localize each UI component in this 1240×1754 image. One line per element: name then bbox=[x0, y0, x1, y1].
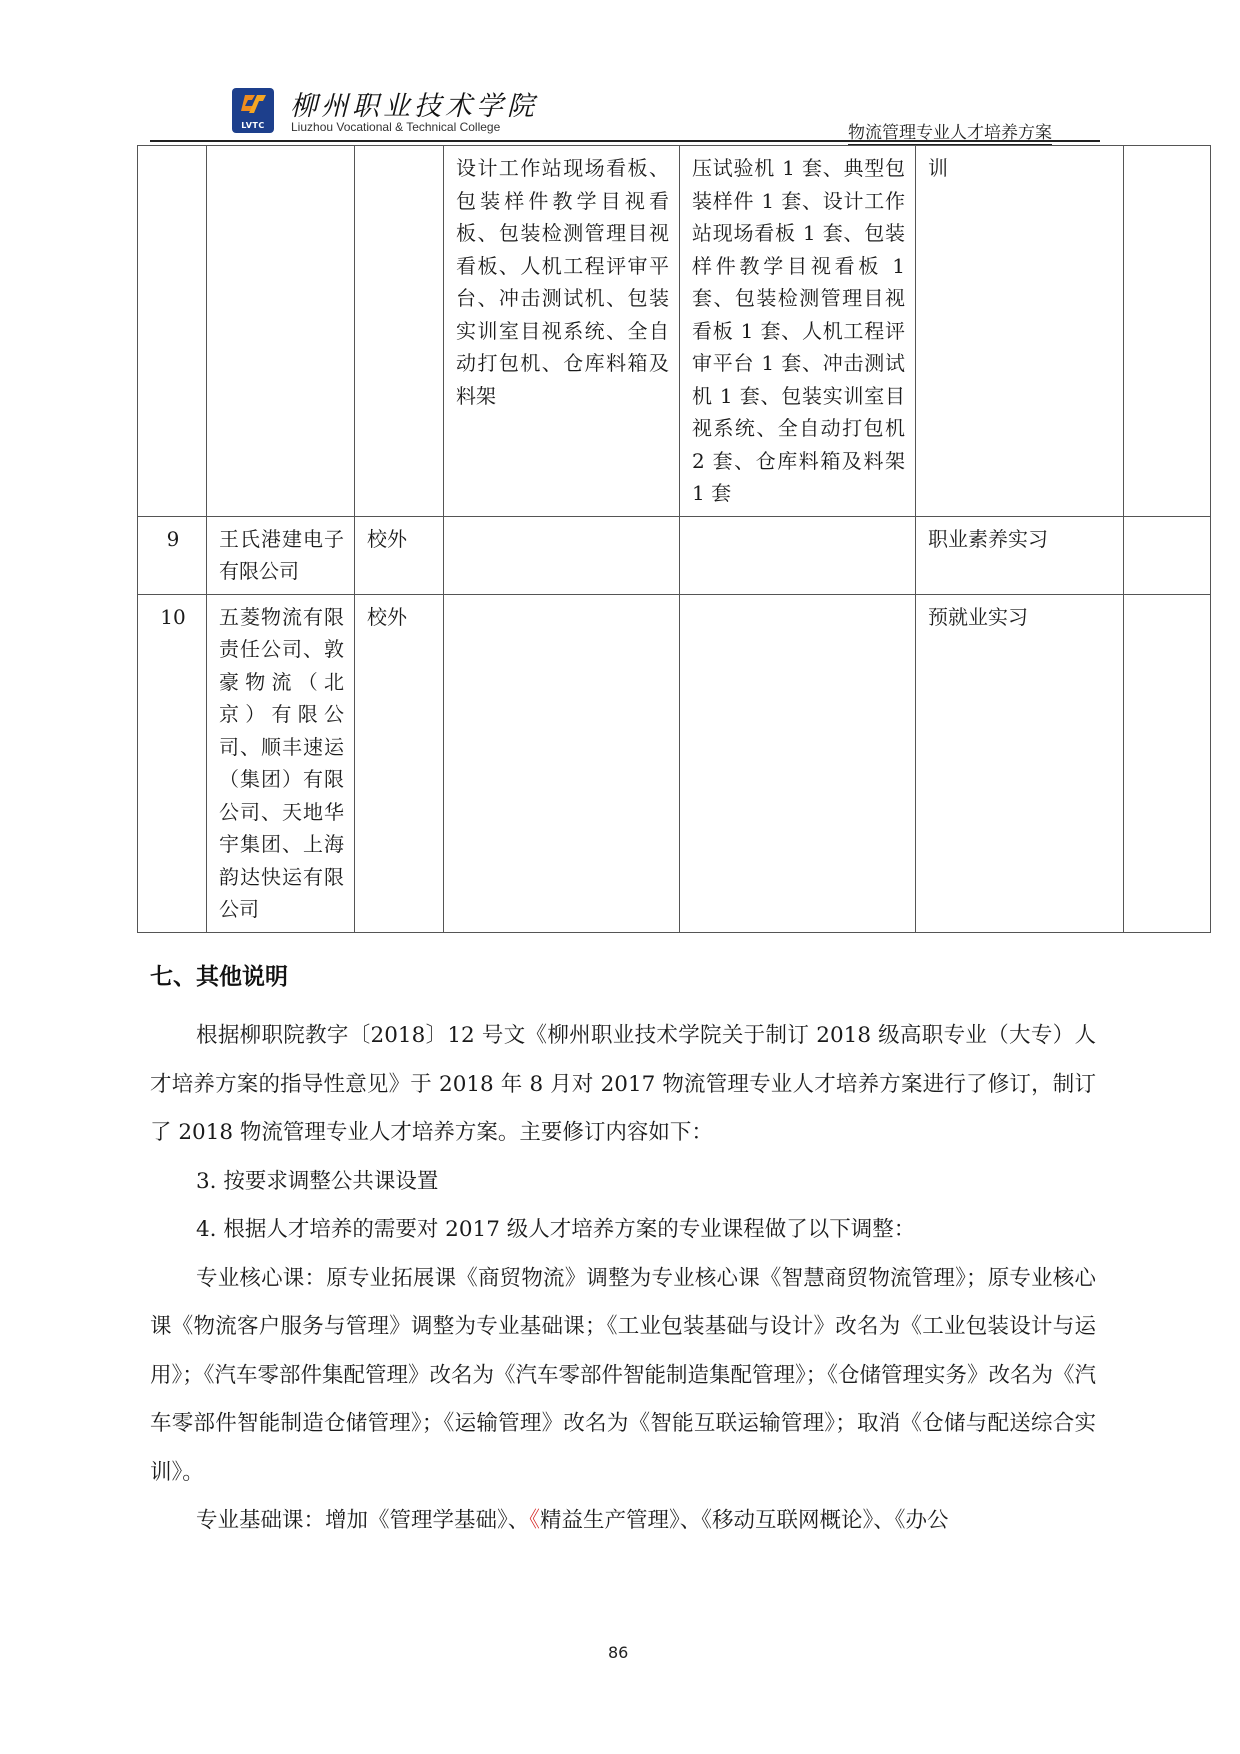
lvtc-logo-icon: LVTC bbox=[232, 88, 274, 133]
cell-equipment-qty: 压试验机 1 套、典型包装样件 1 套、设计工作站现场看板 1 套、包装样件教学… bbox=[680, 146, 916, 517]
school-name-cn: 柳州职业技术学院 bbox=[290, 84, 538, 123]
training-base-table: 设计工作站现场看板、包装样件教学目视看板、包装检测管理目视看板、人机工程评审平台… bbox=[137, 145, 1211, 933]
cell-company: 王氏港建电子有限公司 bbox=[207, 516, 355, 594]
basic-course-paragraph: 专业基础课：增加《管理学基础》、《精益生产管理》、《移动互联网概论》、《办公 bbox=[150, 1497, 1096, 1546]
intro-paragraph: 根据柳职院教字〔2018〕12 号文《柳州职业技术学院关于制订 2018 级高职… bbox=[150, 1012, 1096, 1158]
list-item-4: 4. 根据人才培养的需要对 2017 级人才培养方案的专业课程做了以下调整： bbox=[150, 1206, 1096, 1255]
cell-location bbox=[355, 146, 444, 517]
section-heading: 七、其他说明 bbox=[150, 958, 288, 991]
core-course-paragraph: 专业核心课：原专业拓展课《商贸物流》调整为专业核心课《智慧商贸物流管理》；原专业… bbox=[150, 1255, 1096, 1498]
cell-function: 职业素养实习 bbox=[916, 516, 1124, 594]
cell-equipment bbox=[444, 594, 680, 932]
cell-equipment bbox=[444, 516, 680, 594]
table-row: 9 王氏港建电子有限公司 校外 职业素养实习 bbox=[138, 516, 1211, 594]
cell-company: 五菱物流有限责任公司、敦豪物流（北京）有限公司、顺丰速运（集团）有限公司、天地华… bbox=[207, 594, 355, 932]
cell-equipment-qty bbox=[680, 594, 916, 932]
page-header: LVTC 柳州职业技术学院 Liuzhou Vocational & Techn… bbox=[0, 0, 1240, 140]
cell-no bbox=[138, 146, 207, 517]
cell-equipment: 设计工作站现场看板、包装样件教学目视看板、包装检测管理目视看板、人机工程评审平台… bbox=[444, 146, 680, 517]
table-row: 设计工作站现场看板、包装样件教学目视看板、包装检测管理目视看板、人机工程评审平台… bbox=[138, 146, 1211, 517]
cell-location: 校外 bbox=[355, 594, 444, 932]
cell-no: 10 bbox=[138, 594, 207, 932]
logo-text: LVTC bbox=[232, 121, 274, 130]
page-number: 86 bbox=[608, 1643, 628, 1662]
cell-equipment-qty bbox=[680, 516, 916, 594]
logo-mark-icon bbox=[239, 93, 267, 117]
section-body: 根据柳职院教字〔2018〕12 号文《柳州职业技术学院关于制订 2018 级高职… bbox=[150, 1012, 1096, 1546]
cell-note bbox=[1124, 146, 1211, 517]
header-divider bbox=[150, 140, 1100, 142]
cell-location: 校外 bbox=[355, 516, 444, 594]
basic-suffix: 精益生产管理》、《移动互联网概论》、《办公 bbox=[540, 1508, 949, 1533]
table-row: 10 五菱物流有限责任公司、敦豪物流（北京）有限公司、顺丰速运（集团）有限公司、… bbox=[138, 594, 1211, 932]
basic-prefix: 专业基础课：增加《管理学基础》、 bbox=[196, 1508, 529, 1533]
list-item-3: 3. 按要求调整公共课设置 bbox=[150, 1158, 1096, 1207]
school-name-en: Liuzhou Vocational & Technical College bbox=[291, 120, 500, 134]
cell-function: 训 bbox=[916, 146, 1124, 517]
cell-note bbox=[1124, 594, 1211, 932]
highlighted-bracket: 《 bbox=[529, 1508, 540, 1533]
cell-company bbox=[207, 146, 355, 517]
cell-note bbox=[1124, 516, 1211, 594]
cell-no: 9 bbox=[138, 516, 207, 594]
cell-function: 预就业实习 bbox=[916, 594, 1124, 932]
